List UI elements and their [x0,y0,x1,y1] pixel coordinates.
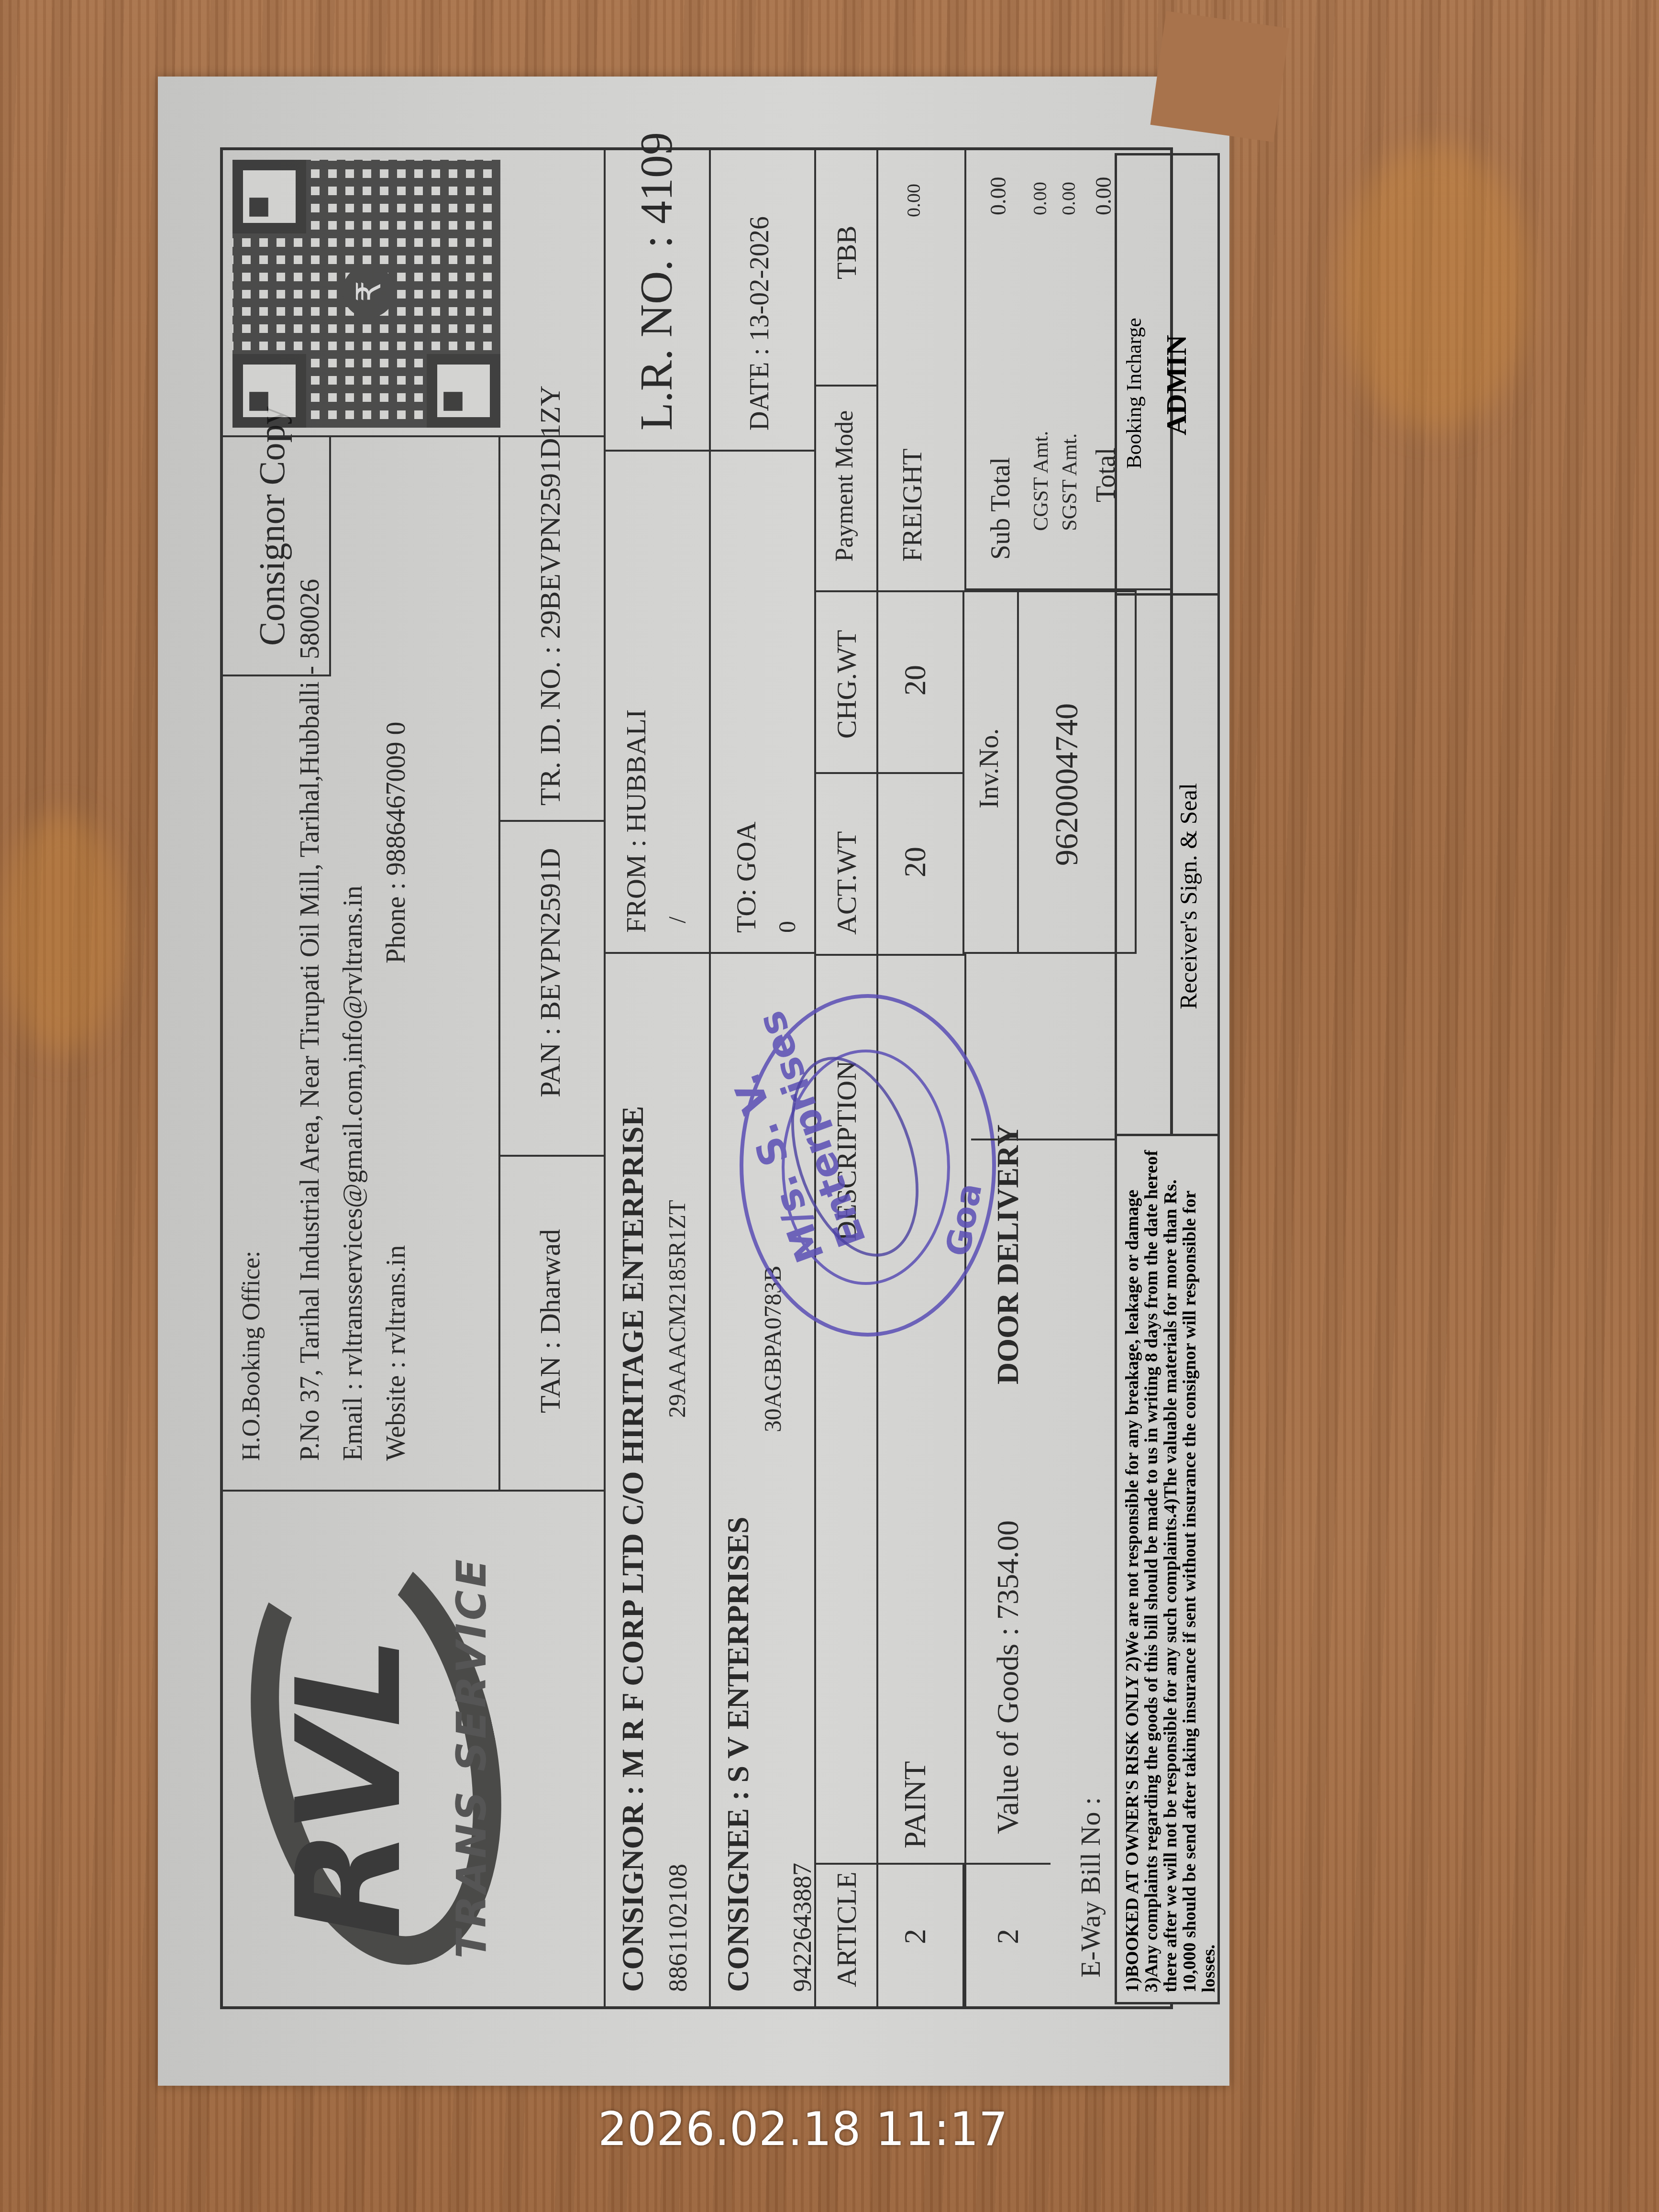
office-heading: H.O.Booking Office: [237,1250,265,1461]
article-header: ARTICLE [816,1863,878,2006]
pan-value: PAN : BEVPN2591D [534,848,567,1097]
consignee-label-text: CONSIGNEE : [721,1791,755,1992]
tan-cell: TAN : Dharwad [500,1155,604,1490]
actual-weight: 20 [897,847,933,877]
total-label: Total [1091,448,1121,502]
qr-finder-icon [232,160,306,233]
logo-tagline: TRANS SERVICE [448,1556,496,1958]
payment-mode-value-cell: TBB [816,150,878,385]
consignor-phone: 8861102108 [663,1864,693,1992]
payment-mode-header: Payment Mode [816,385,878,590]
office-phone: Phone : 9886467009 0 [381,721,411,963]
to-cell: TO: GOA 0 [711,452,816,954]
from-cell: FROM : HUBBALI / [606,452,711,954]
to-extra: 0 [773,921,801,933]
office-info: H.O.Booking Office: P.No 37, Tarihal Ind… [223,437,500,1490]
act-wt-header: ACT.WT [816,772,878,954]
consignor-gstin: 29AAACM2185R1ZT [663,1200,691,1418]
office-email: Email : rvltransservices@gmail.com,info@… [338,885,368,1461]
freight-value: 0.00 [902,184,925,217]
qr-finder-icon [232,354,306,428]
payment-mode-value: TBB [830,225,863,279]
invoice-number: 9620004740 [1048,703,1085,866]
from-location: FROM : HUBBALI [620,709,652,933]
logo-cell: RVL TRANS SERVICE [223,1490,606,2006]
charged-weight: 20 [897,665,933,696]
lr-number-value: 4109 [630,132,682,224]
totals-box: Sub Total 0.00 CGST Amt. 0.00 SGST Amt. … [964,150,1170,590]
lr-date: DATE : 13-02-2026 [744,216,775,431]
lr-number-cell: L.R. NO. : 4109 [606,150,711,452]
office-website: Website : rvltrans.in [381,1245,411,1461]
from-extra: / [663,917,691,923]
lorry-receipt: RVL TRANS SERVICE H.O.Booking Office: P.… [158,77,1229,2086]
lr-number: L.R. NO. : 4109 [630,132,683,431]
logo-text: RVL [266,1641,433,1939]
tax-ids-row: TAN : Dharwad PAN : BEVPN2591D TR. ID. N… [500,437,606,1490]
to-location: TO: GOA [730,821,762,933]
freight-cell: FREIGHT 0.00 [878,150,964,590]
consignor-cell: CONSIGNOR : M R F CORP LTD C/O HIRITAGE … [606,954,711,2006]
tan-value: TAN : Dharwad [534,1229,567,1413]
terms-box [971,1139,1172,2009]
pan-cell: PAN : BEVPN2591D [500,820,604,1155]
qr-cell: ₹ [223,150,606,437]
article-count: 2 [897,1929,933,1944]
wood-grain [0,813,124,1052]
cgst-value: 0.00 [1029,182,1051,215]
table-row-article: 2 [878,1863,964,2006]
tr-id-value: TR. ID. NO. : 29BEVPN2591D1ZY [534,386,567,806]
subtotal-label: Sub Total [985,457,1016,560]
photo-timestamp: 2026.02.18 11:17 [598,2102,1008,2156]
total-value: 0.00 [1091,177,1116,216]
receipt-paper: RVL TRANS SERVICE H.O.Booking Office: P.… [158,77,1229,2086]
sgst-label: SGST Amt. [1057,433,1082,531]
copy-type-box: Consignor Copy [221,435,331,676]
torn-paper-corner [1150,11,1290,142]
consignor-label-text: CONSIGNOR : [616,1785,650,1992]
cgst-label: CGST Amt. [1029,431,1053,531]
invoice-label: Inv.No. [974,729,1005,808]
consignor-name: M R F CORP LTD C/O HIRITAGE ENTERPRISE [616,1106,650,1778]
consignor-label: CONSIGNOR : M R F CORP LTD C/O HIRITAGE … [615,1106,651,1992]
lr-number-label: L.R. NO. : [630,235,682,431]
qr-finder-icon [427,354,500,428]
goods-description: PAINT [897,1761,933,1848]
chg-wt-header: CHG.WT [816,590,878,772]
date-cell: DATE : 13-02-2026 [711,150,816,452]
invoice-cell: Inv.No. 9620004740 [964,590,1137,954]
table-row-chg-wt: 20 [878,590,964,772]
act-wt-header-text: ACT.WT [830,831,863,935]
consignee-phone: 9422643887 [787,1863,817,1992]
rupee-icon: ₹ [343,265,395,318]
sgst-value: 0.00 [1057,182,1080,215]
invoice-number-box: 9620004740 [1017,592,1135,952]
freight-label: FREIGHT [897,449,928,562]
article-header-text: ARTICLE [830,1872,863,1987]
table-row-act-wt: 20 [878,772,964,954]
wood-grain [1339,144,1531,431]
consignee-name: S V ENTERPRISES [721,1517,755,1783]
subtotal-value: 0.00 [985,177,1011,216]
copy-type: Consignor Copy [252,407,293,646]
office-address: P.No 37, Tarihal Industrial Area, Near T… [295,579,325,1461]
consignee-label: CONSIGNEE : S V ENTERPRISES [720,1517,756,1992]
chg-wt-header-text: CHG.WT [830,630,863,739]
payment-mode-header-text: Payment Mode [830,410,859,562]
payment-qr-code[interactable]: ₹ [232,160,500,428]
company-logo: RVL TRANS SERVICE [232,1518,500,1997]
